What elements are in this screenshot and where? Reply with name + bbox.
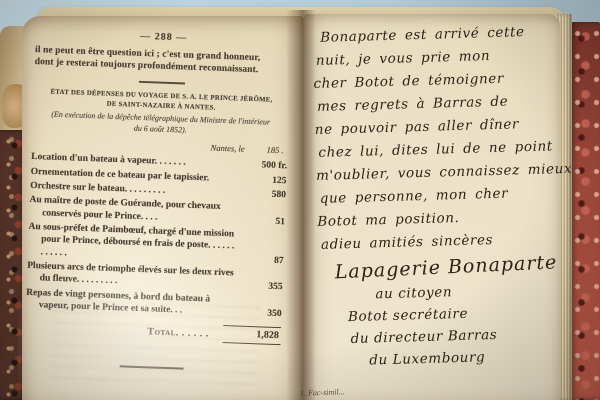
expense-amount: 51 bbox=[239, 214, 285, 228]
expense-amount: 125 bbox=[240, 173, 286, 187]
expense-amount: 580 bbox=[240, 187, 286, 201]
left-page-printed-text: — 288 — il ne peut en être question ici … bbox=[23, 26, 292, 381]
manuscript-line: m'oublier, vous connaissez mieux bbox=[316, 161, 556, 184]
address-line: au citoyen bbox=[375, 281, 559, 302]
total-label: Total. . . . . . bbox=[147, 325, 209, 340]
address-line: du Luxembourg bbox=[369, 347, 561, 368]
expense-amount: 355 bbox=[236, 280, 282, 294]
signature-lapagerie-bonaparte: Lapagerie Bonaparte bbox=[334, 251, 559, 283]
book-gutter-shadow bbox=[286, 10, 316, 400]
manuscript-line: nuit, je vous prie mon bbox=[316, 46, 553, 69]
manuscript-line: ne pouvoir pas aller dîner bbox=[315, 115, 555, 138]
expense-label: Repas de vingt personnes, à bord du bate… bbox=[26, 286, 237, 318]
manuscript-line: chez lui, dites lui de ne point bbox=[318, 138, 555, 161]
section-end-rule bbox=[120, 366, 184, 370]
address-line: Botot secrétaire bbox=[348, 303, 560, 325]
section-divider-rule bbox=[139, 81, 185, 85]
expense-amount: 500 fr. bbox=[241, 159, 287, 173]
manuscript-line: adieu amitiés sincères bbox=[321, 230, 558, 253]
manuscript-line: que personne, mon cher bbox=[319, 184, 556, 207]
manuscript-line: Botot ma position. bbox=[317, 207, 557, 230]
manuscript-line: mes regrets à Barras de bbox=[317, 92, 554, 115]
photo-of-open-antique-book: — 288 — il ne peut en être question ici … bbox=[0, 0, 600, 400]
manuscript-facsimile-text: Bonaparte est arrivé cette nuit, je vous… bbox=[312, 23, 562, 376]
dateline-place: Nantes, le bbox=[210, 143, 244, 155]
address-line: du directeur Barras bbox=[350, 325, 560, 347]
expense-label: Au sous-préfet de Paimbœuf, chargé d'une… bbox=[28, 221, 239, 266]
expense-amount: 87 bbox=[237, 253, 283, 267]
expense-amount: 350 bbox=[235, 306, 281, 320]
right-marbled-board bbox=[568, 22, 600, 400]
manuscript-line: cher Botot de témoigner bbox=[313, 69, 553, 92]
total-row: Total. . . . . . 1,828 bbox=[25, 318, 281, 345]
total-amount: 1,828 bbox=[222, 325, 281, 345]
dateline-year: 185 . bbox=[266, 145, 283, 157]
